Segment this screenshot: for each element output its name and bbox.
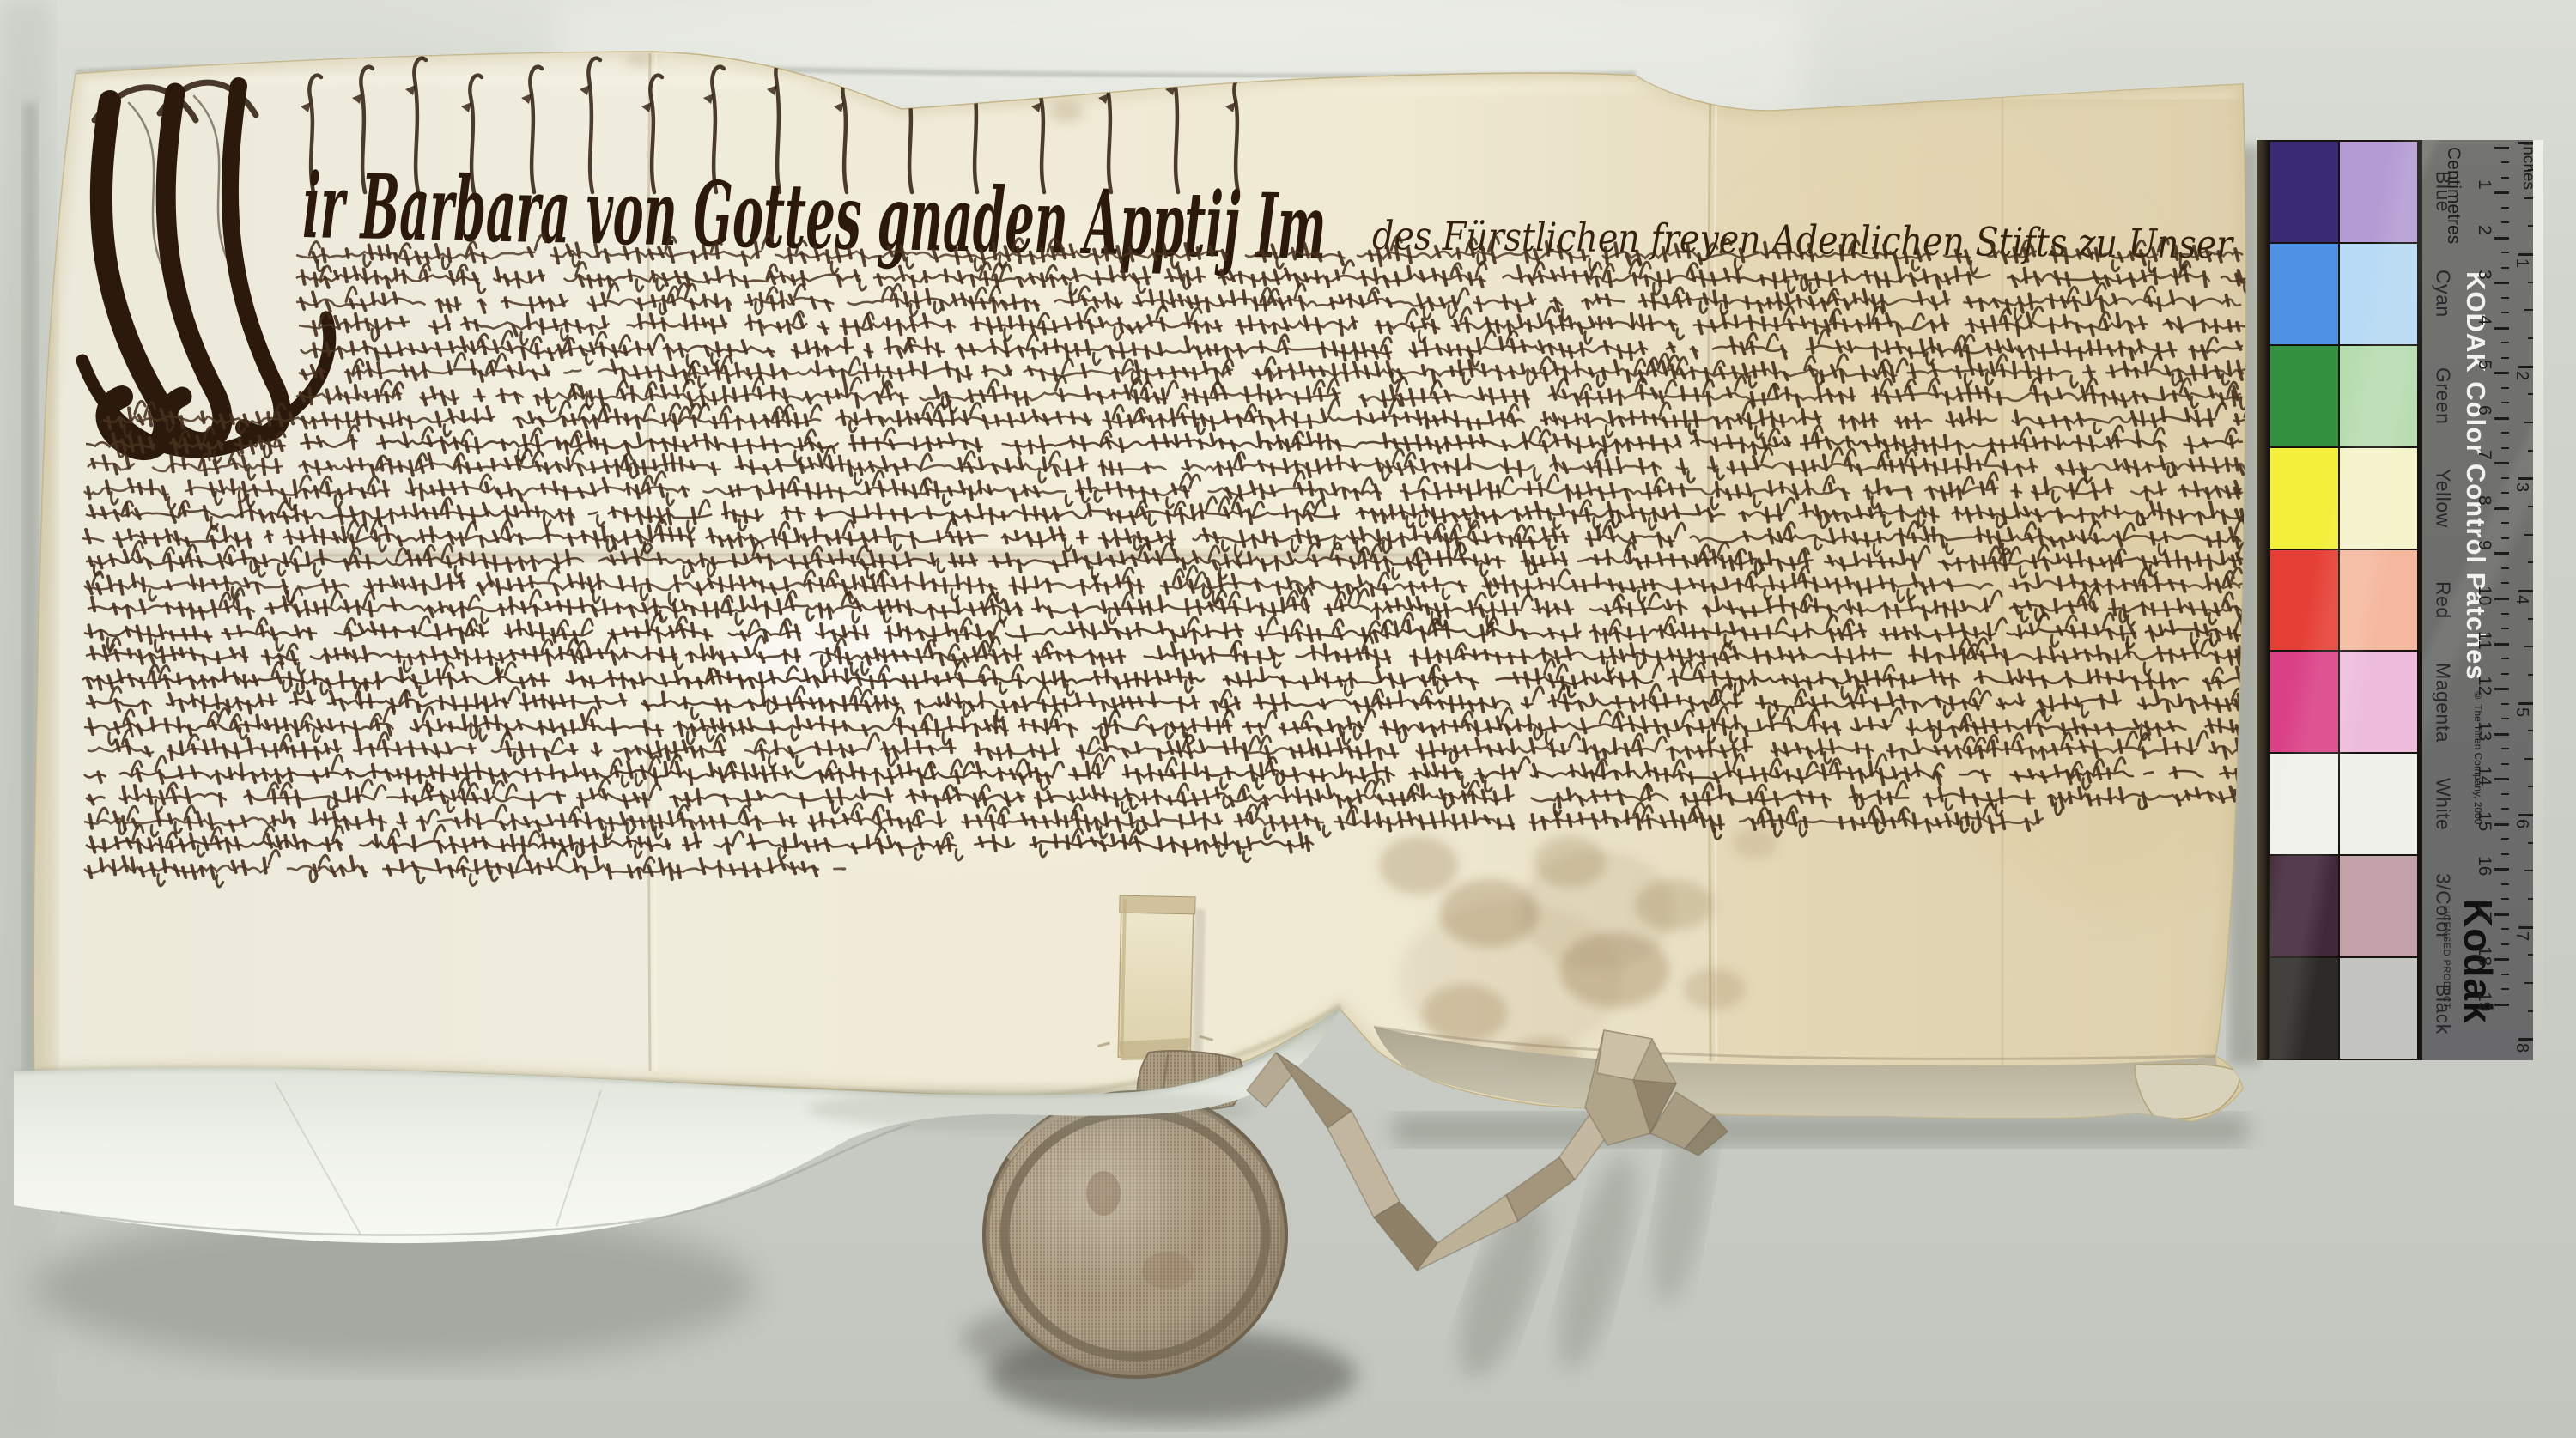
ruler-tick-cm [2494,868,2509,871]
ruler-tick-inch [2518,477,2533,480]
ruler-tick-cm [2494,823,2509,826]
ruler-number-cm: 5 [2476,360,2494,370]
patch-row-label-wrap: Magenta [2424,652,2462,754]
ruler-tick-cm [2494,327,2509,330]
ruler-tick-cm-minor [2501,342,2509,343]
ruler-number-cm: 13 [2476,721,2494,741]
ruler-tick-cm [2494,733,2509,736]
ruler-tick-cm [2494,958,2509,961]
color-patch-dark-yellow [2270,448,2338,549]
ruler-number-cm: 19 [2476,992,2494,1011]
ruler-tick-cm-minor [2501,207,2509,209]
ruler-tick-inch [2518,590,2533,592]
ruler-tick-cm-minor [2501,718,2509,719]
patch-row-label-wrap: Green [2424,344,2462,446]
ruler-number-cm: 4 [2476,315,2494,325]
ruler-number-cm: 15 [2476,811,2494,831]
ruler-number-inch: 3 [2513,482,2530,492]
color-bar-title: KODAK Color Control Patches [2460,271,2491,681]
ruler-tick-inch [2518,142,2533,144]
patch-row-label-wrap: Yellow [2424,446,2462,549]
ruler-number-cm: 18 [2476,946,2494,966]
ruler-tick-cm [2494,372,2509,374]
ruler-number-cm: 6 [2476,405,2494,416]
color-patch-light-black [2340,958,2417,1059]
patch-row-label: Yellow [2432,469,2455,528]
heading-small-text: des Fürstlichen freyen Adenlichen Stifts… [1372,212,2235,268]
color-bar-copyright: © The Tiffen Company, 2000 [2472,689,2484,824]
color-patch-light-magenta [2340,652,2417,752]
ruler-number-inch: 6 [2513,819,2530,828]
ruler-tick-cm-minor [2501,808,2509,810]
patch-row-label-wrap: White [2424,754,2462,856]
color-patch-dark-cyan [2270,244,2338,344]
ruler-tick-inch [2518,1038,2533,1041]
corner-fold [2135,1064,2239,1119]
ruler-tick-inch [2518,814,2533,816]
color-patch-light-cyan [2340,244,2417,344]
ruler-tick-cm-minor [2501,613,2509,615]
color-patch-dark-green [2270,346,2338,446]
ruler-tick-cm [2494,688,2509,690]
ruler-tick-cm [2494,282,2509,284]
color-patch-dark-magenta [2270,652,2338,752]
ruler-tick-cm-minor [2501,928,2509,930]
parchment-surface: ir Barbara von Gottes gnaden Apptij Im d… [31,52,2275,1121]
ruler-number-cm: 16 [2476,856,2494,876]
ruler-tick-cm-minor [2501,793,2509,795]
ruler-number-cm: 7 [2476,450,2494,460]
patch-row-label: Magenta [2432,663,2455,743]
ruler-tick-cm-minor [2501,763,2509,765]
ruler-number-cm: 8 [2476,495,2494,506]
ruler-number-inch: 5 [2513,707,2530,717]
ruler-tick-cm-minor [2501,628,2509,629]
color-bar-edge [2257,140,2269,1060]
ruler-tick-cm [2494,462,2509,464]
ruler-tick-cm-minor [2501,883,2509,885]
ruler-tick-cm-minor [2501,748,2509,749]
ruler-number-inch: 8 [2513,1043,2530,1053]
ruler-tick-cm [2494,417,2509,420]
ruler-tick-inch [2518,366,2533,368]
color-bar-white-edge [2533,140,2543,1060]
ruler-tick-cm-minor [2501,267,2509,269]
color-patch-light-red [2340,550,2417,651]
color-patch-light-green [2340,346,2417,446]
color-patch-dark-blue [2270,142,2338,242]
centimetres-label: Centimetres [2443,147,2464,244]
ruler-number-inch: 2 [2513,371,2530,380]
ruler-tick-cm-minor [2501,582,2509,584]
ruler-tick-cm-minor [2501,221,2509,223]
ruler-tick-cm-minor [2501,658,2509,659]
photo-of-parchment-charter: ir Barbara von Gottes gnaden Apptij Im d… [0,0,2576,1438]
color-patch-light-yellow [2340,448,2417,549]
ruler-tick-inch [2518,926,2533,929]
patch-row-label: White [2432,778,2455,830]
ruler-number-cm: 9 [2476,540,2494,550]
color-patch-light-blue [2340,142,2417,242]
ruler-tick-cm-minor [2501,853,2509,855]
ruler-number-cm: 10 [2476,586,2494,605]
ruler-number-inch: 4 [2513,595,2530,604]
ruler-tick-cm-minor [2501,974,2509,975]
patch-row-label-wrap: Red [2424,549,2462,651]
ruler-tick-cm [2494,913,2509,916]
ruler-tick-cm-minor [2501,297,2509,299]
ruler-tick-cm [2494,147,2509,149]
ruler-tick-cm-minor [2501,703,2509,705]
color-patch-dark-3color [2270,856,2338,956]
fabric-wrapped-seal-disc [982,1090,1288,1379]
ruler-tick-cm-minor [2501,673,2509,675]
ruler-number-cm: 12 [2476,676,2494,695]
heading-large-text: ir Barbara von Gottes gnaden Apptij Im [301,153,1327,280]
ruler-number-cm: 11 [2476,631,2494,650]
charter-photo: ir Barbara von Gottes gnaden Apptij Im d… [0,0,2576,1438]
color-patch-dark-white [2270,754,2338,854]
color-patch-light-white [2340,754,2417,854]
patch-row-label-wrap: Cyan [2424,242,2462,344]
ruler-tick-cm [2494,598,2509,600]
ruler-tick-cm-minor [2501,838,2509,840]
ruler-tick-cm-minor [2501,477,2509,479]
ruler-tick-cm-minor [2501,492,2509,494]
ruler-number-inch: 1 [2513,258,2530,268]
licensed-product-label: LICENSED PRODUCT [2441,906,2451,1009]
ruler-tick-cm [2494,552,2509,555]
ruler-tick-inch [2518,702,2533,705]
ruler-tick-cm-minor [2501,943,2509,945]
ruler-tick-cm [2494,778,2509,780]
kodak-color-bar: BlueCyanGreenYellowRedMagentaWhite3/Colo… [2257,140,2543,1060]
ruler-tick-cm [2494,507,2509,510]
ruler-tick-cm-minor [2501,567,2509,569]
ruler-tick-cm [2494,1004,2509,1006]
ruler-tick-cm-minor [2501,357,2509,359]
ruler-tick-cm-minor [2501,447,2509,449]
ruler-tick-cm [2494,191,2509,194]
ruler-tick-cm-minor [2501,537,2509,539]
ruler-tick-cm-minor [2501,988,2509,990]
patch-row-label: Red [2432,581,2455,619]
patch-row-label: Green [2432,367,2455,424]
ruler-number-cm: 14 [2476,766,2494,786]
color-patch-dark-black [2270,958,2338,1059]
ruler-tick-cm-minor [2501,898,2509,900]
ruler-number-cm: 17 [2476,901,2494,921]
ruler-tick-cm-minor [2501,522,2509,524]
ruler-tick-cm-minor [2501,161,2509,163]
ruler-number-cm: 1 [2476,179,2494,190]
ruler-tick-cm-minor [2501,177,2509,179]
ruler-tick-cm-minor [2501,312,2509,313]
ruler-tick-cm [2494,643,2509,646]
ruler-number-cm: 2 [2476,225,2494,235]
ruler-number-cm: 3 [2476,270,2494,280]
ruler-tick-cm-minor [2501,387,2509,389]
color-bar-gray-band: BlueCyanGreenYellowRedMagentaWhite3/Colo… [2422,140,2533,1060]
ruler-tick-inch [2518,253,2533,256]
ruler-tick-cm-minor [2501,432,2509,434]
color-patch-dark-red [2270,550,2338,651]
ruler-tick-cm-minor [2501,402,2509,403]
ruler-number-inch: 7 [2513,931,2530,941]
patch-row-label: Cyan [2432,270,2455,318]
ruler-tick-cm [2494,237,2509,240]
color-patch-light-3color [2340,856,2417,956]
color-patch-grid [2269,140,2422,1060]
ruler-tick-cm-minor [2501,252,2509,253]
